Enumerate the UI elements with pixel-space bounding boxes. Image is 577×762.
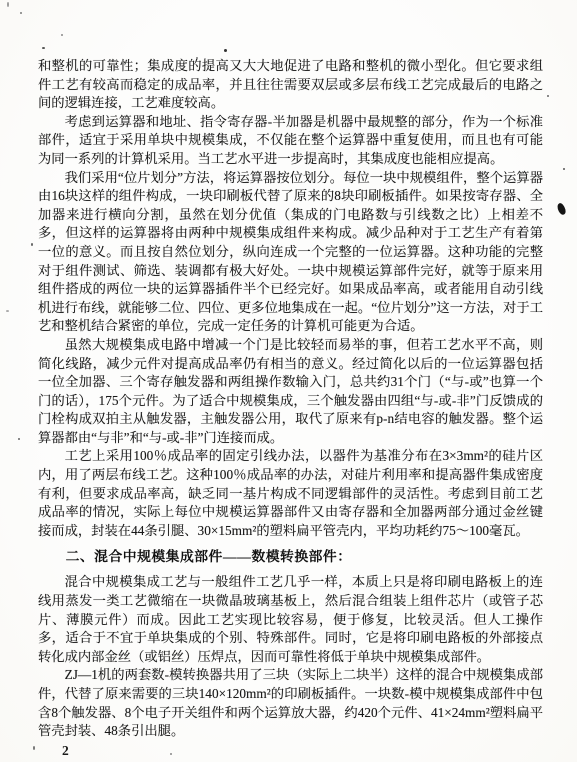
scan-speck bbox=[547, 95, 549, 97]
scan-speck bbox=[42, 47, 45, 49]
paragraph: 工艺上采用100％成品率的固定引线办法，以器件为基准分布在3×3mm²的硅片区内… bbox=[38, 447, 543, 540]
scan-speck bbox=[509, 360, 511, 362]
paragraph: 考虑到运算器和地址、指令寄存器-半加器是机器中最规整的部分，作为一个标准部件，适… bbox=[38, 113, 543, 169]
scan-speck bbox=[563, 168, 565, 170]
scanned-document-page: 和整机的可靠性；集成度的提高又大大地促进了电路和整机的微小型化。但它要求组件工艺… bbox=[0, 0, 577, 762]
scan-speck bbox=[31, 243, 33, 246]
scan-speck bbox=[7, 2, 9, 7]
paragraph: 混合中规模集成工艺与一般组件工艺几乎一样，本质上只是将印刷电路板上的连线用蒸发一… bbox=[38, 573, 543, 666]
scan-speck bbox=[61, 34, 63, 36]
scan-speck bbox=[20, 12, 22, 14]
scan-speck bbox=[224, 49, 227, 52]
page-number: 2 bbox=[62, 743, 69, 759]
scan-speck bbox=[6, 310, 9, 312]
section-heading: 二、混合中规模集成部件——数模转换部件： bbox=[38, 547, 543, 566]
scan-speck bbox=[18, 438, 20, 440]
scan-speck bbox=[170, 753, 172, 755]
ink-blob-artifact bbox=[556, 202, 568, 216]
paragraph: ZJ—1机的两套数-模转换器共用了三块（实际上二块半）这样的混合中规模集成部件，… bbox=[38, 666, 543, 740]
paragraph: 我们采用“位片划分”方法，将运算器按位划分。每位一块中规模组件，整个运算器由16… bbox=[38, 169, 543, 336]
scan-speck bbox=[33, 746, 35, 750]
paragraph: 和整机的可靠性；集成度的提高又大大地促进了电路和整机的微小型化。但它要求组件工艺… bbox=[38, 57, 543, 113]
paragraph: 虽然大规模集成电路中增减一个门是比较轻而易举的事，但若工艺水平不高，则简化线路，… bbox=[38, 336, 543, 448]
document-body: 和整机的可靠性；集成度的提高又大大地促进了电路和整机的微小型化。但它要求组件工艺… bbox=[38, 57, 543, 741]
scan-speck bbox=[196, 57, 198, 59]
